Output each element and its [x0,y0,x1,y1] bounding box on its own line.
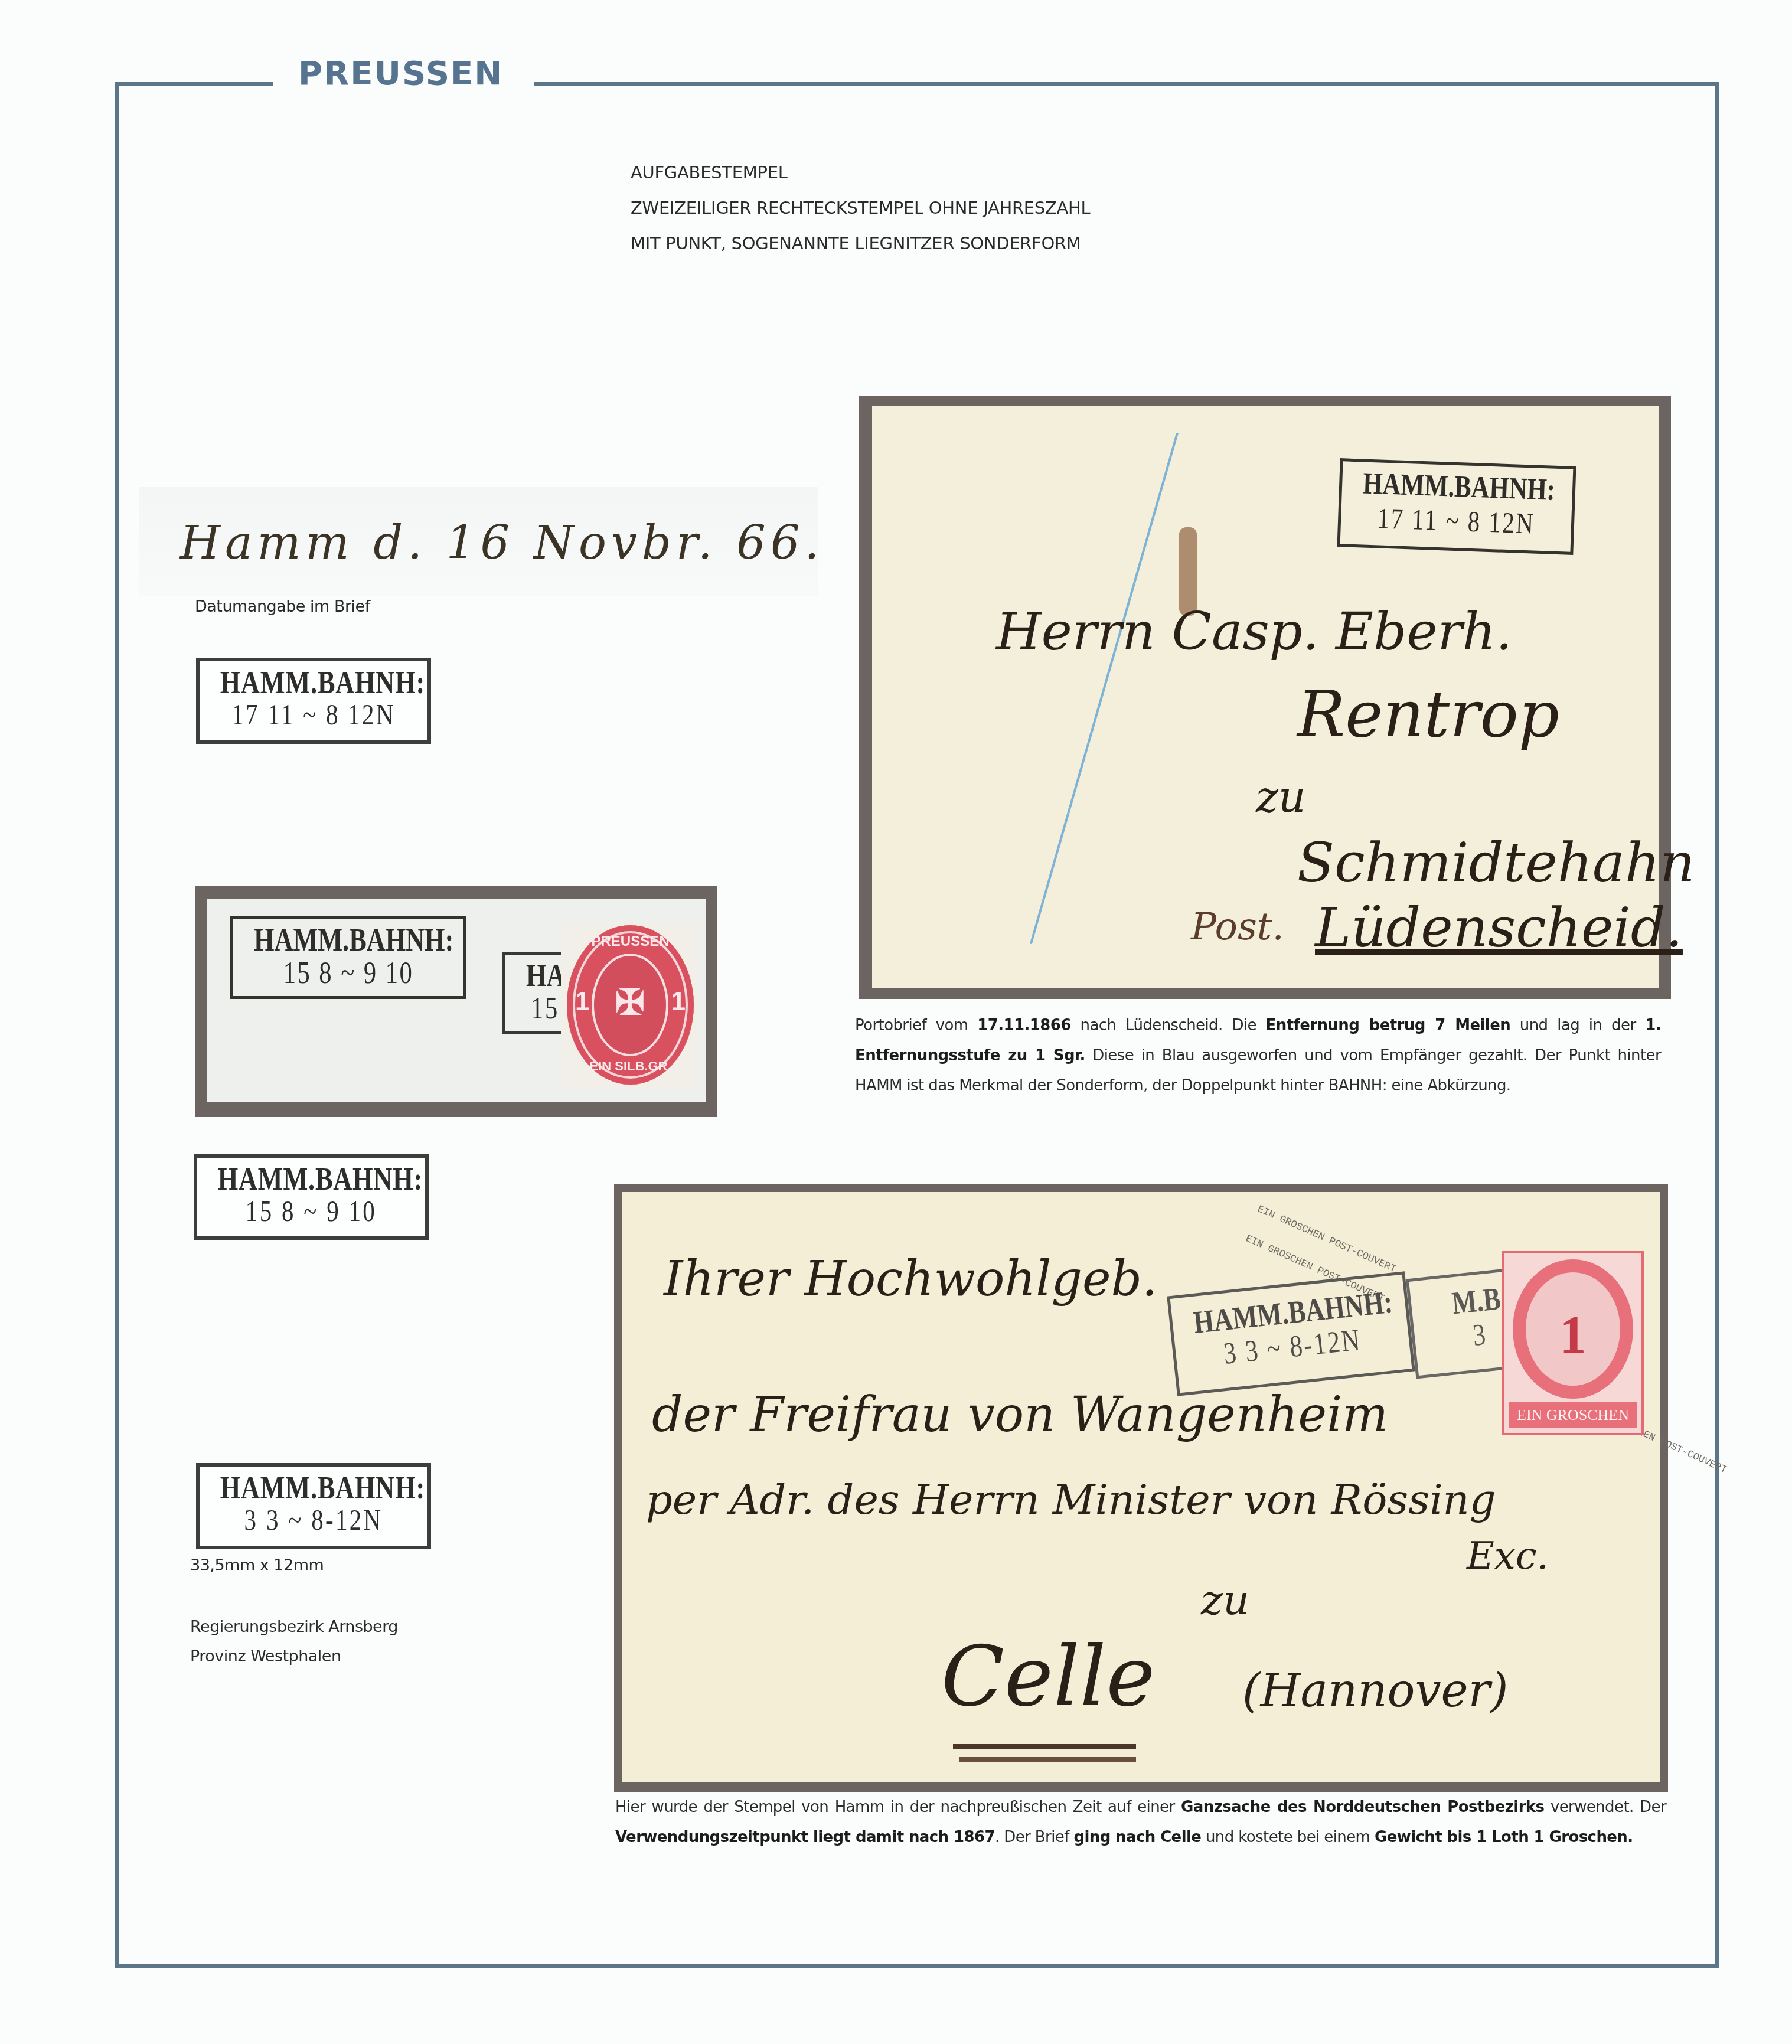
postmark-date: 15 8 ~ 9 10 [218,1196,405,1226]
address-line: Exc. [1467,1534,1549,1578]
postmark-size: 33,5mm x 12mm [190,1556,324,1575]
eagle-icon: ✠ [592,954,668,1056]
page-title: PREUSSEN [298,54,503,93]
cover-portobrief: HAMM.BAHNH: 17 11 ~ 8 12N Herrn Casp. Eb… [872,406,1659,988]
header-line: MIT PUNKT, SOGENANNTE LIEGNITZER SONDERF… [631,226,1090,261]
address-line: per Adr. des Herrn Minister von Rössing [646,1475,1496,1524]
address-line: zu [1201,1576,1249,1624]
address-line: Rentrop [1297,678,1559,752]
header-line: AUFGABESTEMPEL [631,155,1090,190]
address-line: der Freifrau von Wangenheim [652,1387,1388,1443]
underline [953,1744,1136,1749]
cover-mount: HAMM.BAHNH: 17 11 ~ 8 12N Herrn Casp. Eb… [859,396,1671,999]
postmark-cancel: HAMM.BAHNH: 17 11 ~ 8 12N [1337,458,1576,555]
cover-2-description: Hier wurde der Stempel von Hamm in der n… [615,1792,1666,1853]
stamp-piece: HAMM.BAHNH: 15 8 ~ 9 10 HAMM. 15 ✠ PREUS… [207,899,706,1102]
ndp-oval: 1 [1513,1259,1633,1399]
address-line: zu [1256,772,1305,822]
frame-left-border [115,82,119,1968]
prussian-eagle-stamp: ✠ PREUSSEN 1 1 EIN SILB.GR. [567,925,694,1085]
stamp-denomination-left: 1 [575,987,589,1017]
date-excerpt-caption: Datumangabe im Brief [195,597,370,616]
address-line: Ihrer Hochwohlgeb. [664,1251,1157,1307]
postmark-town: HAMM.BAHNH: [220,1471,407,1504]
address-region: (Hannover) [1242,1664,1508,1718]
postmark-date: 3 3 ~ 8-12N [220,1504,407,1535]
address-city: Celle [941,1629,1155,1725]
region-district: Regierungsbezirk Arnsberg [190,1618,398,1636]
frame-bottom-border [115,1964,1719,1968]
postmark-drawing: HAMM.BAHNH: 15 8 ~ 9 10 [194,1154,429,1240]
address-line: Herrn Casp. Eberh. [996,601,1512,662]
postmark-drawing: HAMM.BAHNH: 3 3 ~ 8-12N [196,1463,431,1549]
ndp-denomination: 1 [1526,1305,1620,1366]
postmark-town: HAMM.BAHNH: [218,1163,405,1196]
stamp-country: PREUSSEN [567,933,694,950]
address-city: Lüdenscheid. [1315,896,1683,959]
stamp-denomination-right: 1 [671,987,686,1017]
frame-top-right-segment [534,82,1719,86]
handwritten-date: Hamm d. 16 Novbr. 66. [180,517,824,570]
address-line: Post. [1191,905,1284,949]
section-header: AUFGABESTEMPEL ZWEIZEILIGER RECHTECKSTEM… [631,155,1090,261]
postmark-cancel: HAMM.BAHNH: 3 3 ~ 8-12N [1167,1271,1415,1396]
postmark-town: HAMM.BAHNH: [220,666,407,699]
region-province: Provinz Westphalen [190,1647,341,1666]
ndp-imprint-stamp: 1 EIN GROSCHEN [1502,1251,1644,1435]
postmark-cancel: HAMM.BAHNH: 15 8 ~ 9 10 [230,916,466,999]
cover-mount: EIN GROSCHEN POST-COUVERT EIN GROSCHEN P… [614,1184,1668,1792]
frame-top-left-segment [115,82,273,86]
cover-ganzsache: EIN GROSCHEN POST-COUVERT EIN GROSCHEN P… [622,1192,1660,1782]
postmark-drawing: HAMM.BAHNH: 17 11 ~ 8 12N [196,658,431,744]
address-line: Schmidtehahn [1297,831,1695,894]
stamp-piece-mount: HAMM.BAHNH: 15 8 ~ 9 10 HAMM. 15 ✠ PREUS… [195,886,717,1117]
postmark-date: 17 11 ~ 8 12N [220,699,407,730]
cover-1-description: Portobrief vom 17.11.1866 nach Lüdensche… [855,1011,1661,1101]
security-text: EIN GROSCHEN POST-COUVERT [1255,1204,1398,1275]
stamp-value-text: EIN SILB.GR. [567,1059,694,1074]
ndp-value-label: EIN GROSCHEN [1509,1402,1637,1428]
blue-crayon-mark [1030,433,1179,944]
frame-right-border [1715,82,1719,1968]
underline [959,1757,1136,1762]
header-line: ZWEIZEILIGER RECHTECKSTEMPEL OHNE JAHRES… [631,190,1090,226]
